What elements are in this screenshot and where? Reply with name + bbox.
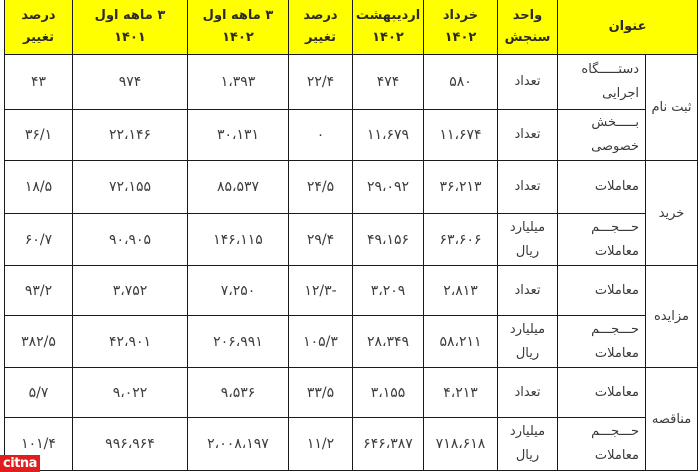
unit: میلیاردریال	[498, 214, 558, 266]
monthly-change-value: ۱۰۵/۳	[289, 316, 353, 368]
header-row: عنوان واحدسنجش خرداد۱۴۰۲ اردیبهشت۱۴۰۲ در…	[5, 0, 698, 55]
khordad-value: ۵۸،۲۱۱	[424, 316, 498, 368]
header-change-quarterly: درصدتغییر	[5, 0, 73, 55]
quarterly-change-value: ۹۳/۲	[5, 266, 73, 316]
unit: میلیاردریال	[498, 316, 558, 368]
khordad-value: ۵۸۰	[424, 55, 498, 110]
monthly-change-value: ۲۴/۵	[289, 161, 353, 214]
subcategory: معاملات	[558, 266, 646, 316]
khordad-value: ۶۳،۶۰۶	[424, 214, 498, 266]
q1-1402-value: ۹،۵۳۶	[188, 368, 289, 418]
monthly-change-value: ۰	[289, 110, 353, 161]
category-registration: ثبت نام	[646, 55, 698, 161]
ordibehesht-value: ۳،۱۵۵	[353, 368, 424, 418]
khordad-value: ۷۱۸،۶۱۸	[424, 418, 498, 471]
unit: میلیاردریال	[498, 418, 558, 471]
q1-1402-value: ۱۴۶،۱۱۵	[188, 214, 289, 266]
unit: تعداد	[498, 368, 558, 418]
ordibehesht-value: ۴۷۴	[353, 55, 424, 110]
header-q1-1401: ۳ ماهه اول۱۴۰۱	[73, 0, 188, 55]
header-q1-1402: ۳ ماهه اول۱۴۰۲	[188, 0, 289, 55]
header-ordibehesht: اردیبهشت۱۴۰۲	[353, 0, 424, 55]
header-unit: واحدسنجش	[498, 0, 558, 55]
table-row: حـــجـــممعاملات میلیاردریال ۷۱۸،۶۱۸ ۶۴۶…	[5, 418, 698, 471]
ordibehesht-value: ۴۹،۱۵۶	[353, 214, 424, 266]
khordad-value: ۴،۲۱۳	[424, 368, 498, 418]
q1-1401-value: ۴۲،۹۰۱	[73, 316, 188, 368]
unit: تعداد	[498, 55, 558, 110]
ordibehesht-value: ۶۴۶،۳۸۷	[353, 418, 424, 471]
monthly-change-value: ۲۹/۴	[289, 214, 353, 266]
subcategory: حـــجـــممعاملات	[558, 418, 646, 471]
q1-1401-value: ۹۰،۹۰۵	[73, 214, 188, 266]
subcategory: معاملات	[558, 161, 646, 214]
q1-1401-value: ۹،۰۲۲	[73, 368, 188, 418]
monthly-change-value: ۳۳/۵	[289, 368, 353, 418]
ordibehesht-value: ۱۱،۶۷۹	[353, 110, 424, 161]
q1-1401-value: ۲۲،۱۴۶	[73, 110, 188, 161]
subcategory: بـــــخشخصوصی	[558, 110, 646, 161]
q1-1402-value: ۲،۰۰۸،۱۹۷	[188, 418, 289, 471]
quarterly-change-value: ۳۶/۱	[5, 110, 73, 161]
q1-1401-value: ۷۲،۱۵۵	[73, 161, 188, 214]
ordibehesht-value: ۲۹،۰۹۲	[353, 161, 424, 214]
table-row: بـــــخشخصوصی تعداد ۱۱،۶۷۴ ۱۱،۶۷۹ ۰ ۳۰،۱…	[5, 110, 698, 161]
statistics-table: عنوان واحدسنجش خرداد۱۴۰۲ اردیبهشت۱۴۰۲ در…	[4, 0, 698, 471]
table-row: ثبت نام دستـــــگاهاجرایی تعداد ۵۸۰ ۴۷۴ …	[5, 55, 698, 110]
quarterly-change-value: ۳۸۲/۵	[5, 316, 73, 368]
table-row: حـــجـــممعاملات میلیاردریال ۶۳،۶۰۶ ۴۹،۱…	[5, 214, 698, 266]
table-row: مناقصه معاملات تعداد ۴،۲۱۳ ۳،۱۵۵ ۳۳/۵ ۹،…	[5, 368, 698, 418]
q1-1402-value: ۲۰۶،۹۹۱	[188, 316, 289, 368]
monthly-change-value: -۱۲/۳	[289, 266, 353, 316]
quarterly-change-value: ۶۰/۷	[5, 214, 73, 266]
category-purchase: خرید	[646, 161, 698, 266]
q1-1402-value: ۱،۳۹۳	[188, 55, 289, 110]
citna-logo: citna	[0, 455, 40, 472]
monthly-change-value: ۲۲/۴	[289, 55, 353, 110]
ordibehesht-value: ۲۸،۳۴۹	[353, 316, 424, 368]
table-row: خرید معاملات تعداد ۳۶،۲۱۳ ۲۹،۰۹۲ ۲۴/۵ ۸۵…	[5, 161, 698, 214]
q1-1401-value: ۳،۷۵۲	[73, 266, 188, 316]
category-auction: مزایده	[646, 266, 698, 368]
table-row: حـــجـــممعاملات میلیاردریال ۵۸،۲۱۱ ۲۸،۳…	[5, 316, 698, 368]
quarterly-change-value: ۴۳	[5, 55, 73, 110]
q1-1401-value: ۹۷۴	[73, 55, 188, 110]
header-change-monthly: درصدتغییر	[289, 0, 353, 55]
ordibehesht-value: ۳،۲۰۹	[353, 266, 424, 316]
khordad-value: ۲،۸۱۳	[424, 266, 498, 316]
q1-1402-value: ۳۰،۱۳۱	[188, 110, 289, 161]
unit: تعداد	[498, 161, 558, 214]
unit: تعداد	[498, 110, 558, 161]
khordad-value: ۱۱،۶۷۴	[424, 110, 498, 161]
subcategory: حـــجـــممعاملات	[558, 214, 646, 266]
khordad-value: ۳۶،۲۱۳	[424, 161, 498, 214]
subcategory: حـــجـــممعاملات	[558, 316, 646, 368]
monthly-change-value: ۱۱/۲	[289, 418, 353, 471]
subcategory: معاملات	[558, 368, 646, 418]
q1-1402-value: ۸۵،۵۳۷	[188, 161, 289, 214]
header-khordad: خرداد۱۴۰۲	[424, 0, 498, 55]
subcategory: دستـــــگاهاجرایی	[558, 55, 646, 110]
header-title: عنوان	[558, 0, 698, 55]
unit: تعداد	[498, 266, 558, 316]
quarterly-change-value: ۵/۷	[5, 368, 73, 418]
category-tender: مناقصه	[646, 368, 698, 471]
table-row: مزایده معاملات تعداد ۲،۸۱۳ ۳،۲۰۹ -۱۲/۳ ۷…	[5, 266, 698, 316]
q1-1402-value: ۷،۲۵۰	[188, 266, 289, 316]
quarterly-change-value: ۱۸/۵	[5, 161, 73, 214]
q1-1401-value: ۹۹۶،۹۶۴	[73, 418, 188, 471]
